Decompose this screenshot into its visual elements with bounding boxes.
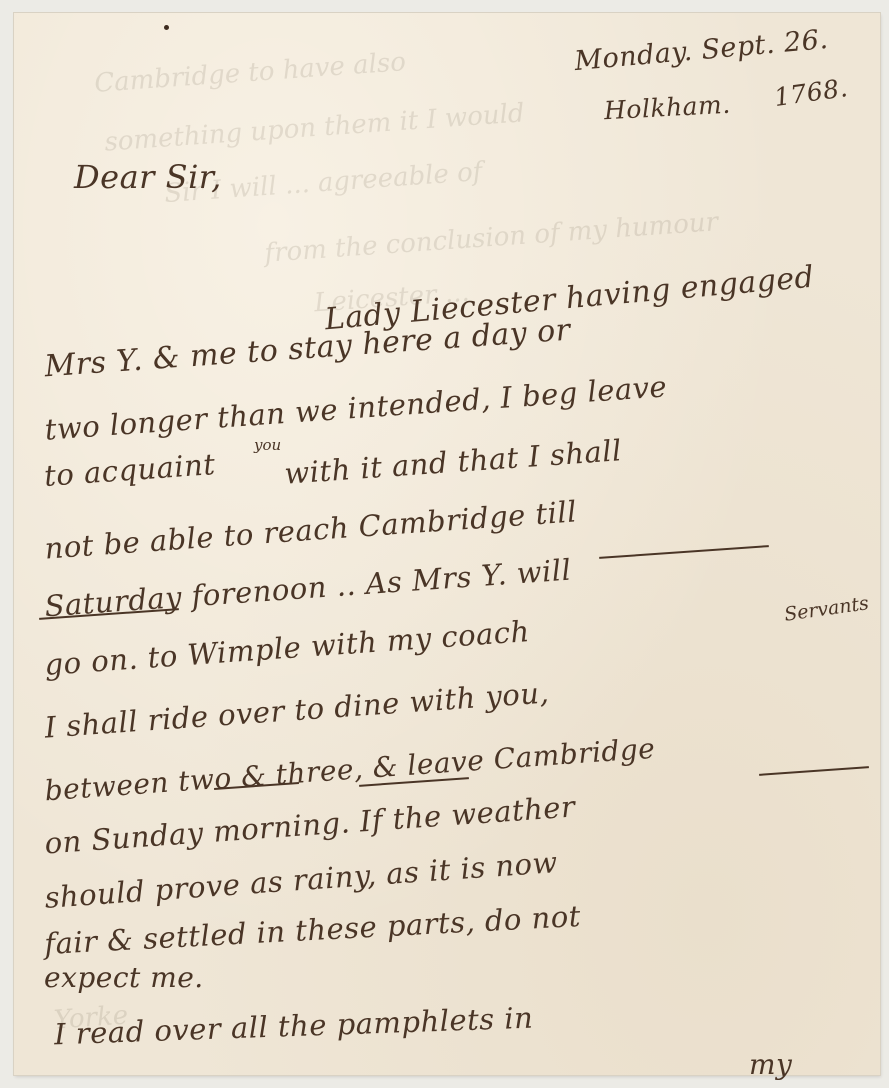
inserted-word-servants: Servants — [783, 592, 870, 626]
year: 1768. — [772, 73, 849, 112]
letter-page: Cambridge to have also something upon th… — [14, 13, 880, 1075]
show-through-text: Cambridge to have also — [93, 47, 406, 99]
letter-line-8: I shall ride over to dine with you, — [43, 675, 550, 744]
letter-line-7: go on. to Wimple with my coach — [43, 614, 530, 682]
salutation: Dear Sir, — [74, 158, 222, 196]
letter-line-13: expect me. — [44, 961, 204, 994]
underline-cambridge — [599, 545, 769, 559]
show-through-text: something upon them it I would — [103, 98, 525, 157]
letter-line-2: Mrs Y. & me to stay here a day or — [43, 313, 571, 385]
date-line: Monday. Sept. 26. — [573, 24, 829, 77]
catchword: my — [749, 1048, 792, 1081]
letter-line-4b: with it and that I shall — [283, 433, 623, 491]
letter-line-5: not be able to reach Cambridge till — [43, 494, 577, 565]
letter-line-4a: to acquaint — [43, 447, 216, 493]
underline-cambridge-2 — [759, 766, 869, 776]
letter-line-3: two longer than we intended, I beg leave — [44, 369, 669, 446]
inserted-word-you: you — [254, 436, 281, 454]
ink-dot — [164, 25, 169, 30]
show-through-text: from the conclusion of my humour — [264, 207, 719, 269]
place: Holkham. — [603, 90, 731, 126]
letter-line-14: I read over all the pamphlets in — [54, 1001, 534, 1052]
